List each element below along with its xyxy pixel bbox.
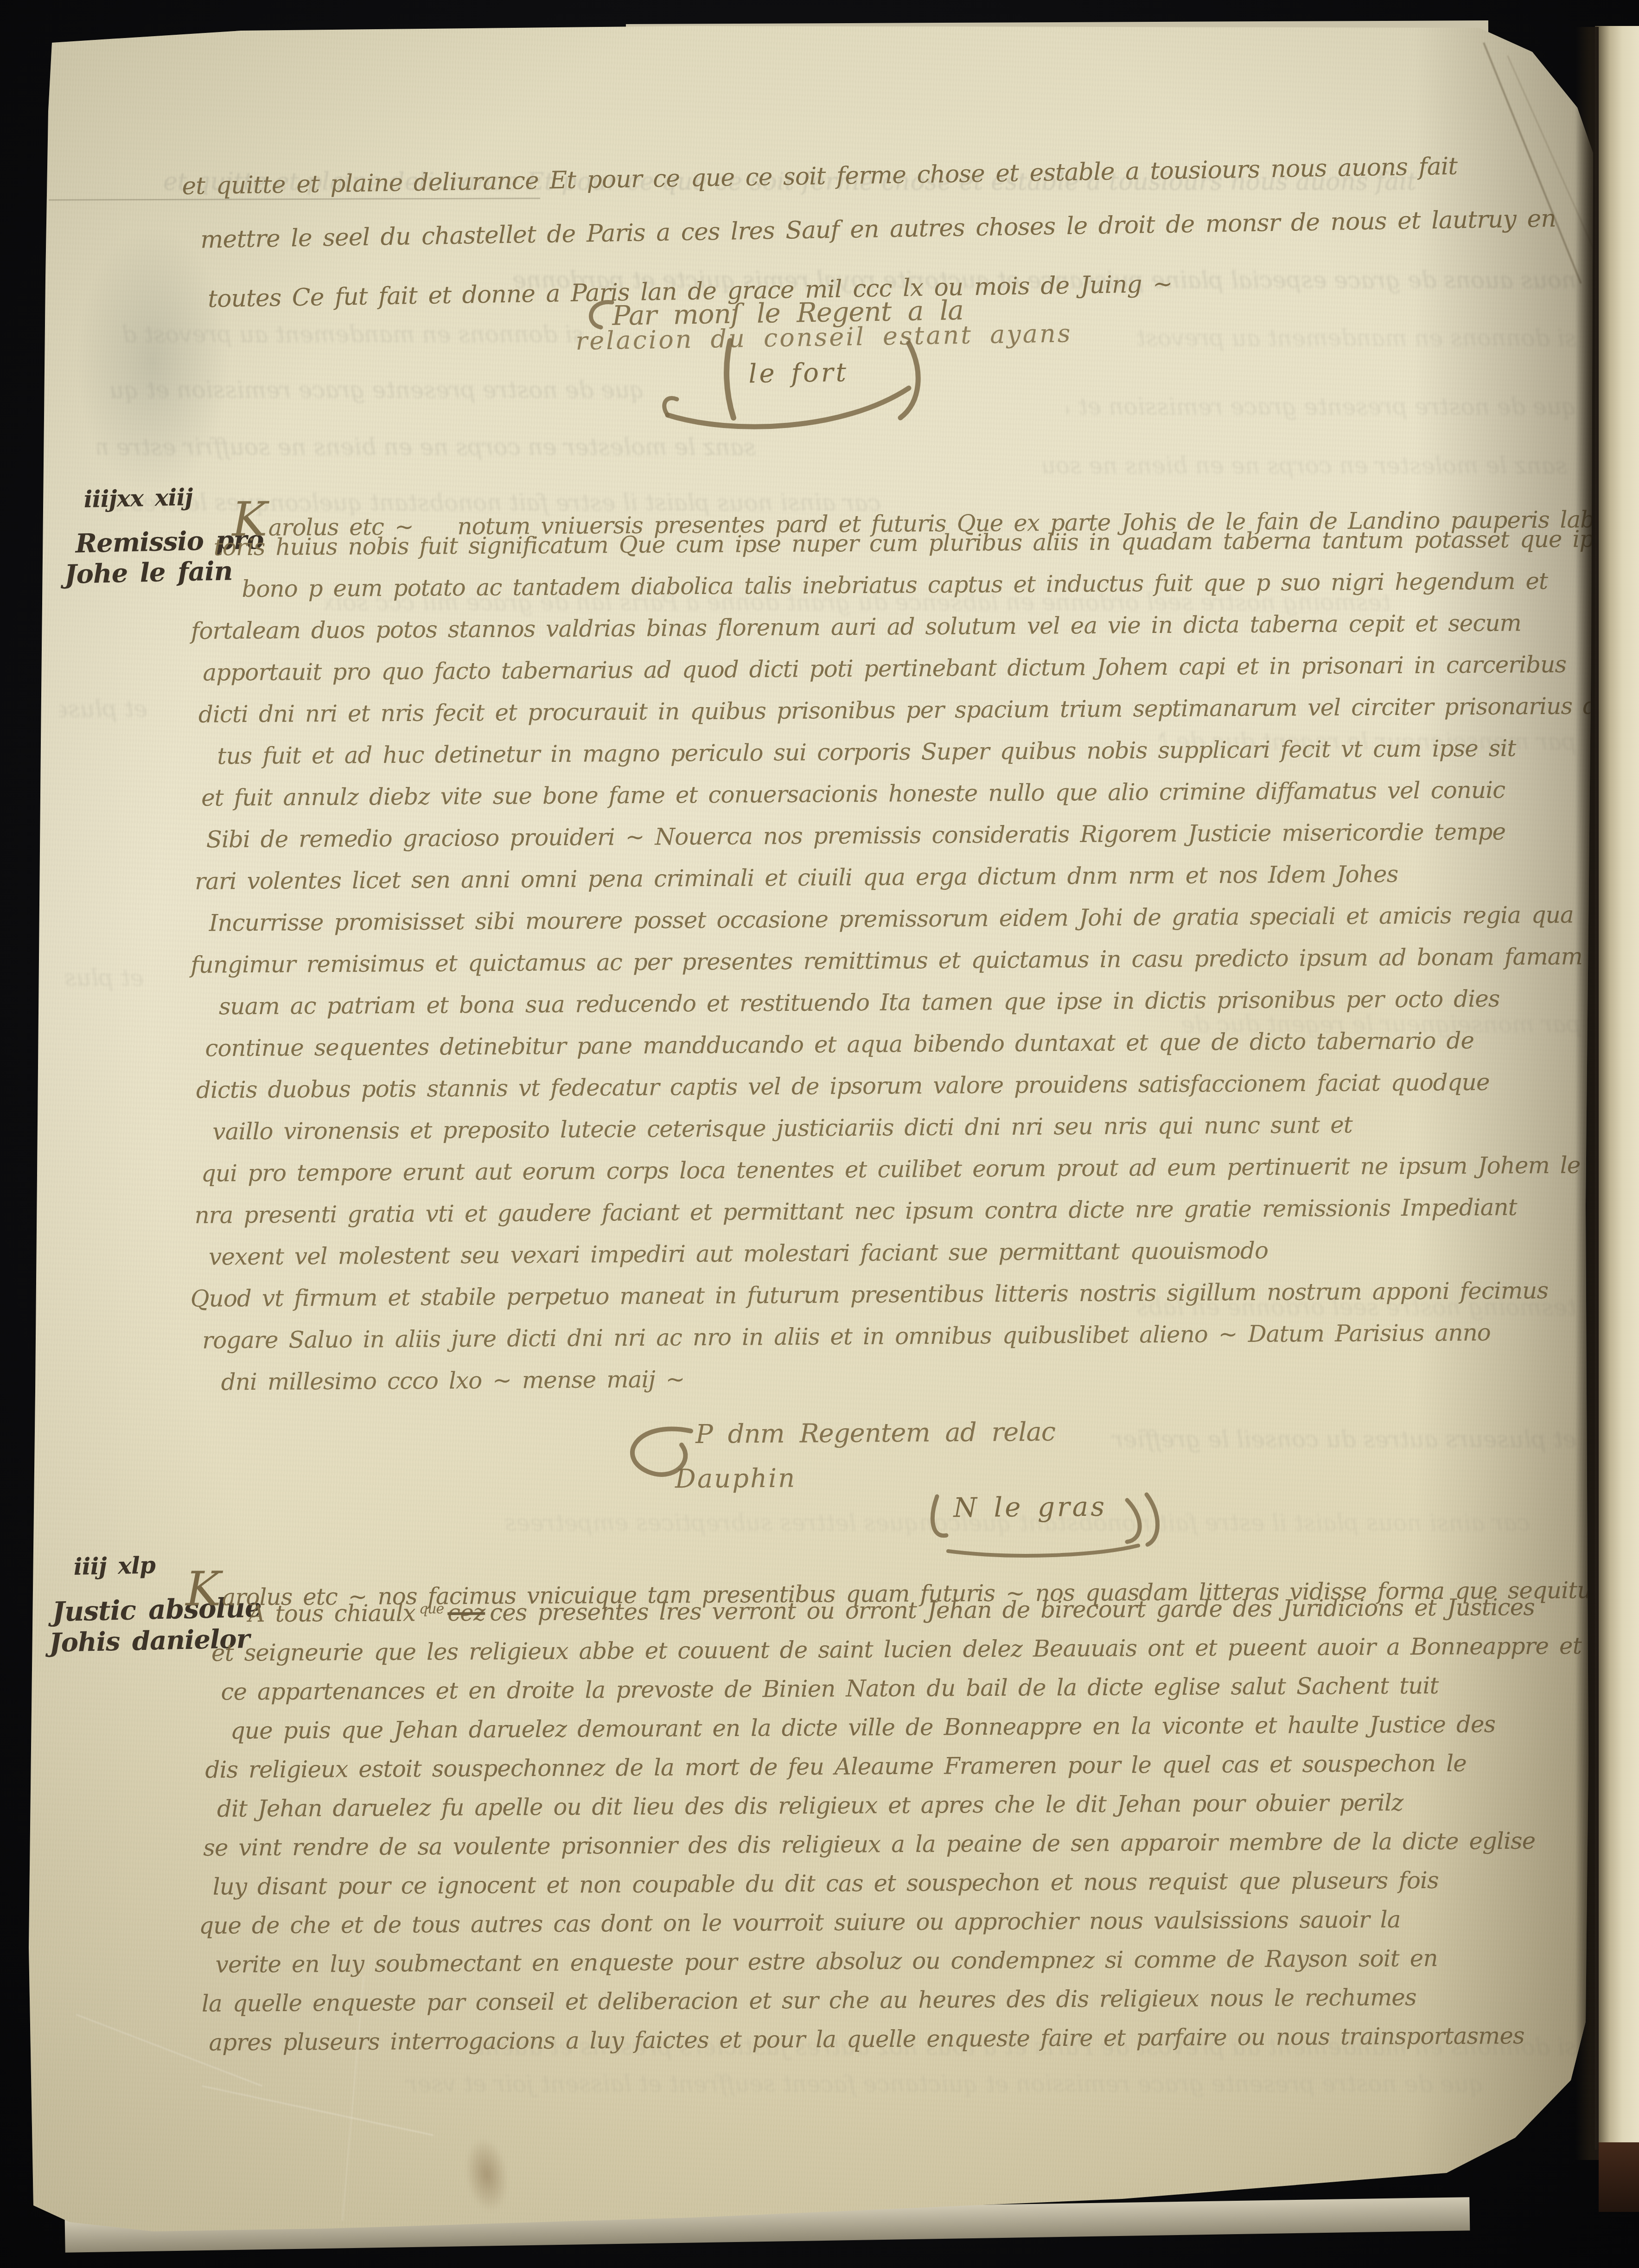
binding-leather <box>1599 2142 1639 2212</box>
next-folio-fore-edge <box>1595 26 1639 2150</box>
parchment-page: et quitte et plaine deliurance Et pour c… <box>0 0 1639 2268</box>
manuscript-photo: et quitte et plaine deliurance Et pour c… <box>0 0 1639 2268</box>
page-vignette <box>0 0 1639 2268</box>
gutter-shadow <box>1575 27 1599 2160</box>
